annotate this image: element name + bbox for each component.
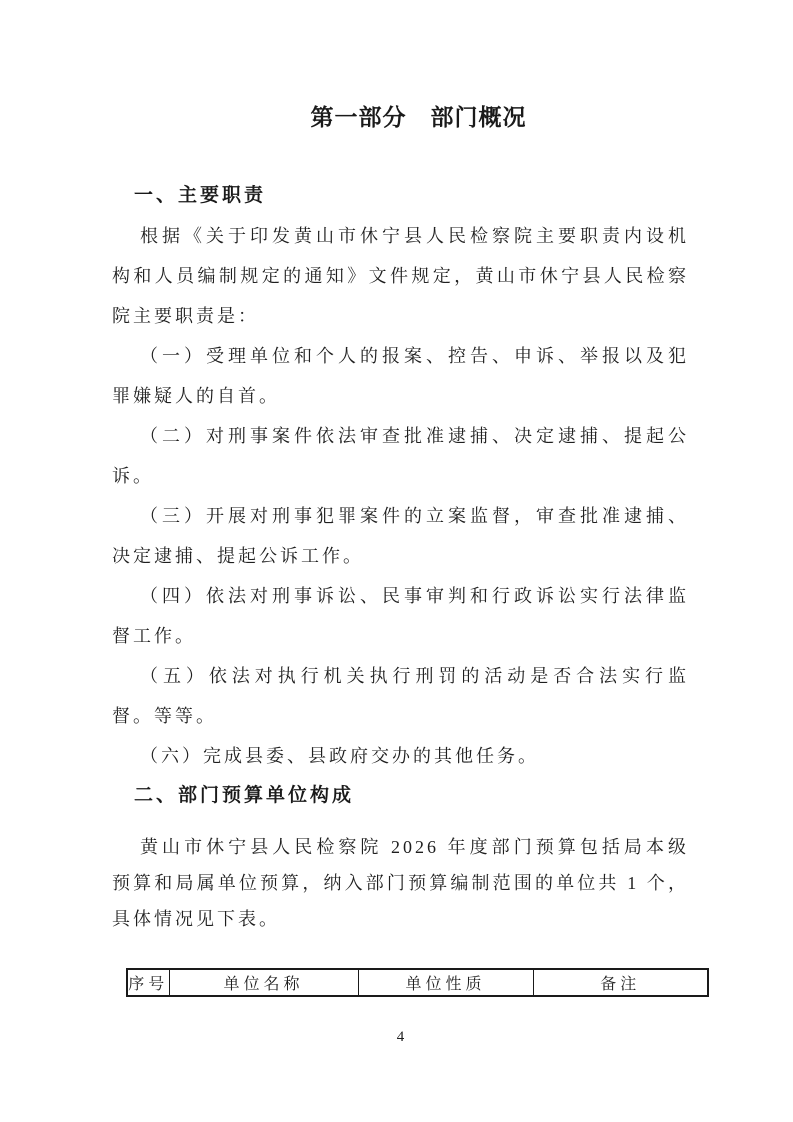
paragraph-line: （二）对刑事案件依法审查批准逮捕、决定逮捕、提起公 — [112, 416, 689, 456]
table-header-cell: 备注 — [533, 969, 708, 996]
paragraph: （四）依法对刑事诉讼、民事审判和行政诉讼实行法律监督工作。 — [112, 576, 689, 656]
paragraph-line: 决定逮捕、提起公诉工作。 — [112, 536, 689, 576]
paragraph-line: （四）依法对刑事诉讼、民事审判和行政诉讼实行法律监 — [112, 576, 689, 616]
paragraph: （一）受理单位和个人的报案、控告、申诉、举报以及犯罪嫌疑人的自首。 — [112, 336, 689, 416]
table-header-cell: 序号 — [127, 969, 169, 996]
paragraph: （二）对刑事案件依法审查批准逮捕、决定逮捕、提起公诉。 — [112, 416, 689, 496]
page-number: 4 — [112, 1027, 689, 1047]
paragraph: 根据《关于印发黄山市休宁县人民检察院主要职责内设机构和人员编制规定的通知》文件规… — [112, 216, 689, 336]
paragraph-line: （三）开展对刑事犯罪案件的立案监督，审查批准逮捕、 — [112, 496, 689, 536]
paragraph-line: 督工作。 — [112, 616, 689, 656]
paragraph: （五）依法对执行机关执行刑罚的活动是否合法实行监督。等等。 — [112, 656, 689, 736]
document-body: 一、主要职责根据《关于印发黄山市休宁县人民检察院主要职责内设机构和人员编制规定的… — [112, 176, 689, 937]
paragraph-line: 黄山市休宁县人民检察院 2026 年度部门预算包括局本级 — [112, 829, 689, 865]
document-content: 第一部分 部门概况 一、主要职责根据《关于印发黄山市休宁县人民检察院主要职责内设… — [112, 0, 689, 1047]
paragraph-line: 罪嫌疑人的自首。 — [112, 376, 689, 416]
paragraph-line: 预算和局属单位预算，纳入部门预算编制范围的单位共 1 个， — [112, 865, 689, 901]
paragraph: （六）完成县委、县政府交办的其他任务。 — [112, 736, 689, 776]
table-header-cell: 单位性质 — [358, 969, 533, 996]
paragraph-line: （五）依法对执行机关执行刑罚的活动是否合法实行监 — [112, 656, 689, 696]
document-page: 第一部分 部门概况 一、主要职责根据《关于印发黄山市休宁县人民检察院主要职责内设… — [0, 0, 793, 1122]
paragraph-line: 督。等等。 — [112, 696, 689, 736]
paragraph: 黄山市休宁县人民检察院 2026 年度部门预算包括局本级预算和局属单位预算，纳入… — [112, 829, 689, 937]
table-header-cell: 单位名称 — [169, 969, 358, 996]
section-heading: 一、主要职责 — [112, 176, 689, 216]
budget-units-table: 序号单位名称单位性质备注 — [126, 968, 709, 997]
paragraph-line: （一）受理单位和个人的报案、控告、申诉、举报以及犯 — [112, 336, 689, 376]
paragraph-line: 院主要职责是： — [112, 296, 689, 336]
paragraph-line: 诉。 — [112, 456, 689, 496]
paragraph-line: 根据《关于印发黄山市休宁县人民检察院主要职责内设机 — [112, 216, 689, 256]
paragraph: （三）开展对刑事犯罪案件的立案监督，审查批准逮捕、决定逮捕、提起公诉工作。 — [112, 496, 689, 576]
paragraph-line: 具体情况见下表。 — [112, 901, 689, 937]
table-header-row: 序号单位名称单位性质备注 — [127, 969, 708, 996]
paragraph-line: （六）完成县委、县政府交办的其他任务。 — [112, 736, 689, 776]
section-heading: 二、部门预算单位构成 — [112, 776, 689, 816]
paragraph-line: 构和人员编制规定的通知》文件规定，黄山市休宁县人民检察 — [112, 256, 689, 296]
page-title: 第一部分 部门概况 — [112, 0, 689, 134]
